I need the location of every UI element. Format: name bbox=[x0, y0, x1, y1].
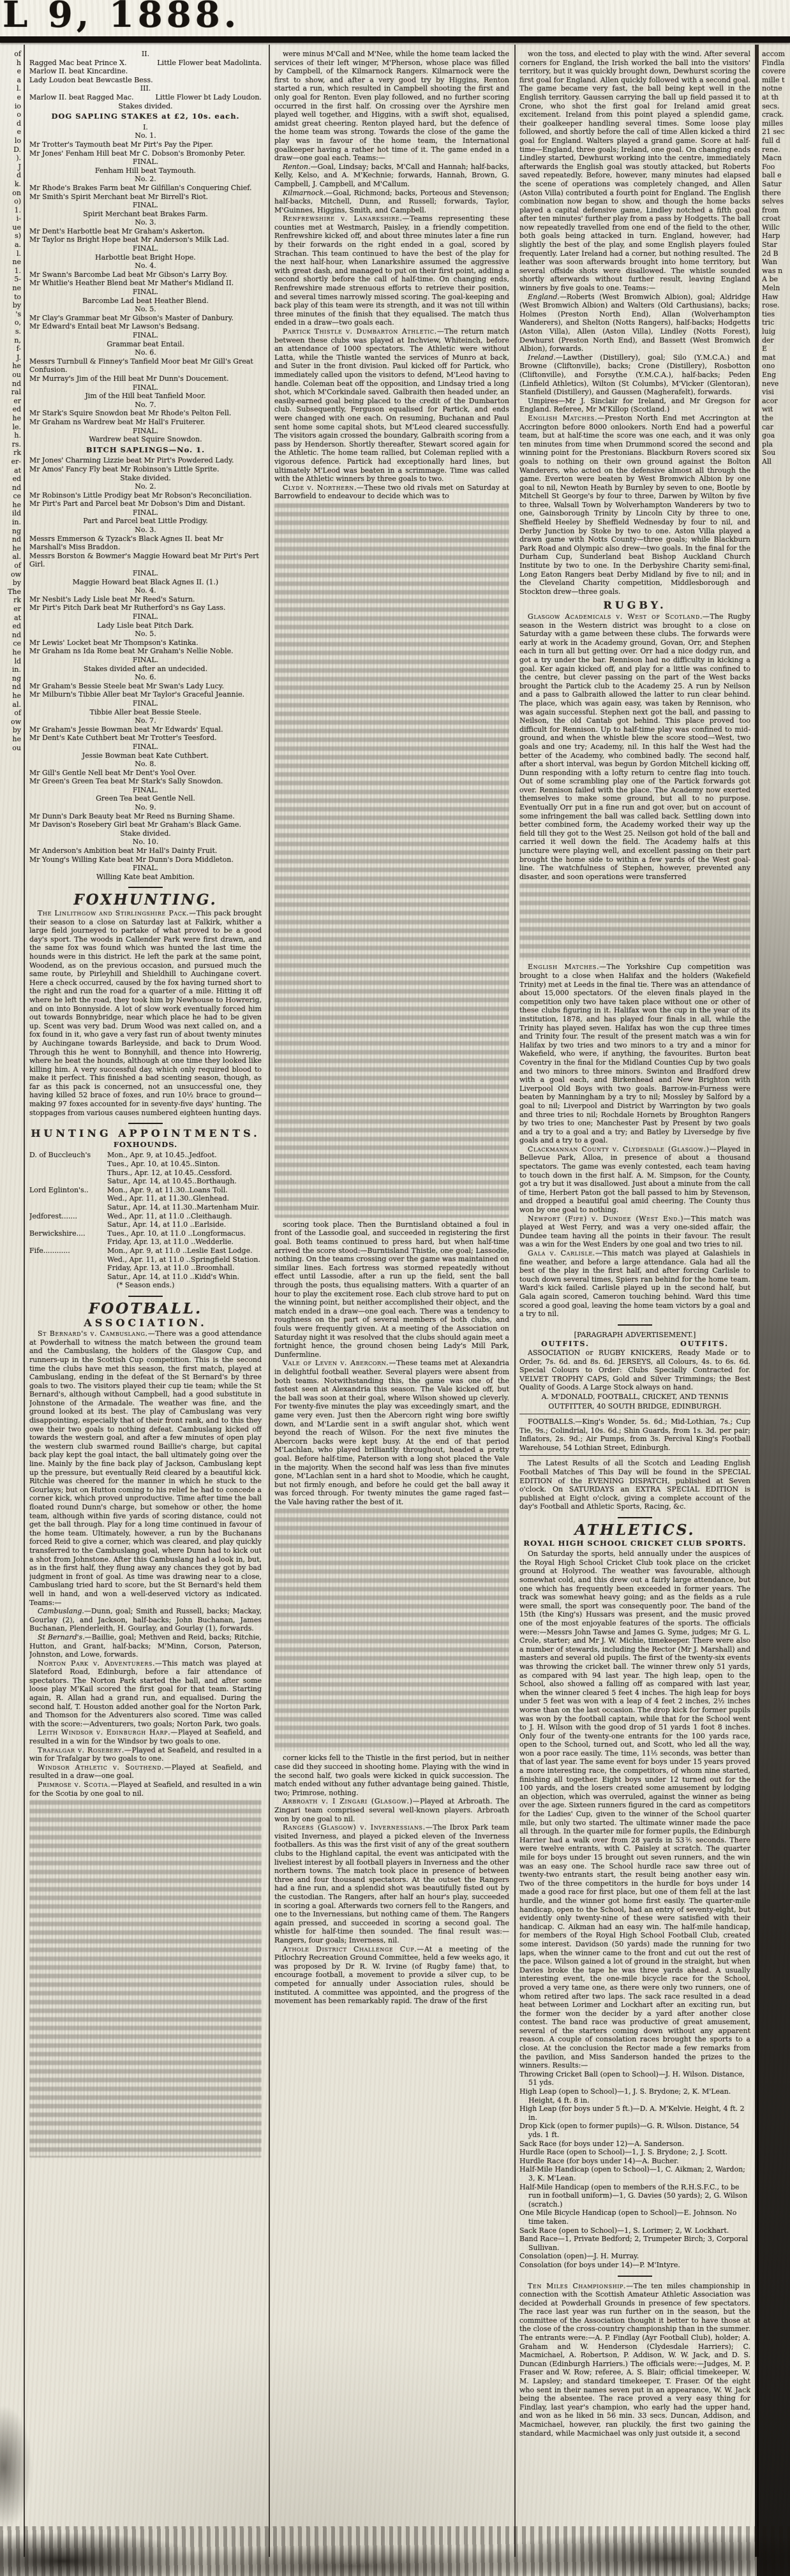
team-list: England.—Roberts (West Bromwich Albion),… bbox=[519, 293, 750, 353]
paragraph: Vale of Leven v. Abercorn.—These teams m… bbox=[274, 1359, 509, 1506]
hunt-appointment-row: Thurs., Apr. 12, at 10.45..Cessford. bbox=[29, 1169, 262, 1178]
tlead: Ireland. bbox=[528, 353, 556, 362]
cut-off-text-fragment: J. bbox=[0, 353, 21, 362]
minor-heading: BITCH SAPLINGS—No. 1. bbox=[29, 446, 262, 455]
cut-off-text-fragment: 1. bbox=[0, 267, 21, 276]
result-entry: Throwing Cricket Ball (open to School)—J… bbox=[519, 2070, 750, 2087]
cut-off-text-fragment: nd bbox=[0, 535, 21, 544]
round-label: Green Tea beat Gentle Nell. bbox=[29, 794, 262, 803]
lead: Leith Windsor v. Edinburgh Harp.— bbox=[38, 1728, 178, 1736]
result-entry: Drop Kick (open to former pupils)—G. R. … bbox=[519, 2122, 750, 2139]
cut-off-text-fragment: ou bbox=[0, 744, 21, 753]
cut-off-text-fragment: 's bbox=[0, 310, 21, 319]
hunt-appointment-row: Lord Eglinton's..Mon., Apr. 9, at 11.30.… bbox=[29, 1186, 262, 1195]
round-label: No. 7. bbox=[29, 716, 262, 725]
hname: Jedforest....... bbox=[29, 1212, 107, 1221]
paragraph: The Latest Results of all the Scotch and… bbox=[519, 1459, 750, 1511]
cut-off-text-fragment: selves bbox=[762, 197, 790, 206]
lead: Clyde v. Northern.— bbox=[283, 484, 364, 492]
hsched: Satur., Apr. 14, at 11.0 ..Kidd's Whin. bbox=[107, 1273, 262, 1282]
cut-off-text-fragment: E bbox=[762, 344, 790, 353]
cut-off-text-fragment: o) bbox=[0, 197, 21, 206]
pl: Marlow II. beat Ragged Mac. bbox=[29, 93, 134, 102]
round-label: FINAL. bbox=[29, 656, 262, 665]
cut-off-text-fragment: h bbox=[0, 59, 21, 68]
paragraph: Leith Windsor v. Edinburgh Harp.—Played … bbox=[29, 1728, 262, 1745]
cut-off-text-fragment: o, bbox=[0, 318, 21, 327]
result-line: Mr Dent's Kate Cuthbert beat Mr Trotter'… bbox=[29, 734, 262, 743]
round-label: No. 6. bbox=[29, 673, 262, 682]
subsection-heading: RUGBY. bbox=[519, 601, 750, 610]
lead: St Bernard's v. Cambuslang.— bbox=[38, 1329, 155, 1338]
pr: Little Flower bt Lady Loudon. bbox=[156, 93, 262, 102]
round-label: No. 4. bbox=[29, 586, 262, 595]
hunt-appointment-row: Wed., Apr. 11, at 11.0 ..Springfield Sta… bbox=[29, 1255, 262, 1264]
result-line: Mr Jones' Charming Lizzie beat Mr Pirt's… bbox=[29, 456, 262, 465]
cut-off-text-fragment: rk bbox=[0, 448, 21, 457]
cut-off-text-fragment: ng bbox=[0, 527, 21, 536]
result-line: Mr Anderson's Ambition beat Mr Hall's Da… bbox=[29, 847, 262, 855]
result-line: Mr Graham's Bessie Steele beat Mr Swan's… bbox=[29, 682, 262, 691]
cut-off-text-fragment: the bbox=[762, 414, 790, 423]
round-label: FINAL. bbox=[29, 331, 262, 340]
cut-off-text-fragment: J bbox=[0, 163, 21, 172]
cut-off-text-fragment: al. bbox=[0, 552, 21, 561]
hname: D. of Buccleuch's bbox=[29, 1151, 107, 1160]
cut-off-text-fragment: l. bbox=[0, 249, 21, 258]
cut-off-text-fragment: visi bbox=[762, 388, 790, 397]
cut-off-text-fragment: rk bbox=[0, 596, 21, 605]
cut-off-text-fragment: h. bbox=[0, 431, 21, 440]
paragraph: Newport (Fife) v. Dundee (West End.)—Thi… bbox=[519, 1215, 750, 1249]
illegible-text-region bbox=[274, 503, 509, 1218]
cut-off-text-fragment: in. bbox=[0, 518, 21, 527]
round-label: Jim of the Hill beat Tanfield Moor. bbox=[29, 392, 262, 401]
cut-off-text-fragment: he bbox=[0, 544, 21, 553]
hsched: Mon., Apr. 9, at 10.45..Jedfoot. bbox=[107, 1151, 262, 1160]
result-line: Mr Davison's Rosebery Girl beat Mr Graha… bbox=[29, 820, 262, 829]
paragraph: won the toss, and elected to play with t… bbox=[519, 50, 750, 293]
round-label: FINAL. bbox=[29, 158, 262, 167]
result-pair: Ragged Mac beat Prince X.Little Flower b… bbox=[29, 59, 262, 68]
result-line: Mr Graham's Jessie Bowman beat Mr Edward… bbox=[29, 725, 262, 734]
cut-off-text-fragment: rene. bbox=[762, 145, 790, 154]
cut-off-text-fragment: a bbox=[0, 76, 21, 85]
ad-rule bbox=[519, 1414, 750, 1414]
hsched: Friday, Apr. 13, at 11.0 ..Broomhall. bbox=[107, 1264, 262, 1273]
cut-off-text-fragment: Star bbox=[762, 241, 790, 249]
cut-off-text-fragment: ed bbox=[0, 622, 21, 631]
tlead: St Bernard's. bbox=[38, 1633, 85, 1641]
right-sliver-column: accomFindlacoveremille tnotneat thsecs.c… bbox=[761, 50, 790, 2576]
result-line: Mr Young's Willing Kate beat Mr Dunn's D… bbox=[29, 855, 262, 864]
cut-off-text-fragment: ties bbox=[762, 310, 790, 319]
cut-off-text-fragment: ow bbox=[0, 718, 21, 727]
lead: English Matches.— bbox=[528, 414, 605, 422]
centered-line: [PARAGRAPH ADVERTISEMENT.] bbox=[519, 1331, 750, 1340]
round-label: Tibbie Aller beat Bessie Steele. bbox=[29, 708, 262, 717]
result-line: Mr Pirt's Part and Parcel beat Mr Dobson… bbox=[29, 500, 262, 508]
cut-off-text-fragment: he bbox=[0, 692, 21, 700]
cut-off-text-fragment: on bbox=[0, 189, 21, 198]
cut-off-text-fragment: full d bbox=[762, 137, 790, 145]
result-line: Mr Dunn's Dark Beauty beat Mr Reed ns Bu… bbox=[29, 812, 262, 821]
round-label: Jessie Bowman beat Kate Cuthbert. bbox=[29, 751, 262, 760]
section-divider bbox=[618, 2276, 652, 2277]
hsched: Thurs., Apr. 12, at 10.45..Cessford. bbox=[107, 1169, 262, 1178]
cut-off-text-fragment: Satur bbox=[762, 180, 790, 189]
cut-off-text-fragment: er- bbox=[0, 457, 21, 466]
cut-off-text-fragment: i- bbox=[0, 214, 21, 223]
cut-off-text-fragment: ral bbox=[0, 388, 21, 397]
round-label: FINAL. bbox=[29, 569, 262, 578]
tlead: Renton. bbox=[283, 163, 311, 171]
cut-off-text-fragment: he bbox=[0, 501, 21, 510]
cut-off-text-fragment: n, bbox=[0, 336, 21, 345]
section-heading: FOXHUNTING. bbox=[29, 896, 262, 905]
hsched: Friday, Apr. 13, at 11.0 ..Wedderlie. bbox=[107, 1238, 262, 1247]
result-line: Lady Loudon beat Bewcastle Bess. bbox=[29, 76, 262, 85]
round-label: Grammar beat Entail. bbox=[29, 340, 262, 349]
cut-off-text-fragment: ow bbox=[0, 570, 21, 579]
round-label: I. bbox=[29, 123, 262, 132]
result-line: Mr Graham ns Ida Rome beat Mr Graham's N… bbox=[29, 647, 262, 656]
section-divider bbox=[618, 1324, 652, 1326]
cut-off-text-fragment: er bbox=[0, 397, 21, 406]
masthead-date: L 9, 1888. bbox=[3, 0, 240, 36]
cut-off-text-fragment: Willc bbox=[762, 223, 790, 232]
section-heading: FOOTBALL. bbox=[29, 1305, 262, 1314]
cut-off-text-fragment: al. bbox=[0, 700, 21, 709]
hsched: Mon., Apr. 9, at 11.0 ..Leslie East Lodg… bbox=[107, 1247, 262, 1255]
paragraph: Umpires—Mr J. Sinclair for Ireland, and … bbox=[519, 397, 750, 414]
cut-off-text-fragment: l. bbox=[0, 84, 21, 93]
paragraph: FOOTBALLS.—King's Wonder, 5s. 6d.; Mid-L… bbox=[519, 1418, 750, 1452]
hunt-appointment-row: Fife............Mon., Apr. 9, at 11.0 ..… bbox=[29, 1247, 262, 1255]
result-line: Mr Whitlie's Heather Blend beat Mr Mathe… bbox=[29, 279, 262, 288]
cut-off-text-fragment: 1. bbox=[0, 206, 21, 215]
cut-off-text-fragment: mat bbox=[762, 353, 790, 362]
ad-rule bbox=[519, 1455, 750, 1456]
team-list: Kilmarnock.—Goal, Richmond; backs, Porte… bbox=[274, 189, 509, 215]
cut-off-text-fragment: D. bbox=[0, 145, 21, 154]
cut-off-text-fragment: goa bbox=[762, 431, 790, 440]
cut-off-text-fragment: car bbox=[762, 423, 790, 432]
round-label: No. 2. bbox=[29, 482, 262, 491]
cut-off-text-fragment: Meln bbox=[762, 284, 790, 293]
result-entry: Sack Race (open to School)—1, S. Lorimer… bbox=[519, 2226, 750, 2235]
cut-off-text-fragment: accom bbox=[762, 50, 790, 59]
hname bbox=[29, 1169, 107, 1178]
hsched: Wed., Apr. 11, at 11.0 ..Cleithaugh. bbox=[107, 1212, 262, 1221]
hsched: Tues., Apr. 10, at 11.0 ..Longformacus. bbox=[107, 1229, 262, 1238]
result-line: Mr Milburn's Tibbie Aller beat Mr Taylor… bbox=[29, 690, 262, 699]
round-label: No. 1. bbox=[29, 131, 262, 140]
team-list: Ireland.—Lawther (Distillery), goal; Sil… bbox=[519, 353, 750, 397]
round-label: Harbottle beat Bright Hope. bbox=[29, 253, 262, 262]
cut-off-text-fragment: Findla bbox=[762, 59, 790, 68]
lead: Athole District Challenge Cup.— bbox=[283, 1945, 424, 1953]
cut-off-text-fragment: ld bbox=[0, 657, 21, 666]
cut-off-text-fragment: nd bbox=[0, 683, 21, 692]
result-line: Mr Gill's Gentle Nell beat Mr Dent's Yoo… bbox=[29, 769, 262, 778]
column-rule-1 bbox=[269, 45, 270, 2557]
paragraph: English Matches.—Preston North End met A… bbox=[519, 414, 750, 596]
section-divider bbox=[128, 1296, 163, 1297]
round-label: No. 7. bbox=[29, 401, 262, 410]
paragraph: Trafalgar v. Rosebery.—Played at Seafiel… bbox=[29, 1746, 262, 1763]
cut-off-text-fragment: a. bbox=[0, 241, 21, 249]
result-line: Messrs Borston & Bowmer's Maggie Howard … bbox=[29, 552, 262, 569]
round-label: Maggie Howard beat Black Agnes II. (1.) bbox=[29, 578, 262, 587]
cut-off-text-fragment: nd bbox=[0, 484, 21, 492]
cut-off-text-fragment: ce bbox=[0, 492, 21, 501]
cut-off-text-fragment: from bbox=[762, 206, 790, 215]
result-line: Mr Smith's Spirit Merchant beat Mr Birre… bbox=[29, 193, 262, 202]
cut-off-text-fragment: A be bbox=[762, 275, 790, 284]
cut-off-text-fragment: der bbox=[762, 336, 790, 345]
hname bbox=[29, 1177, 107, 1186]
result-line: Mr Lewis' Locket beat Mr Thompson's Kati… bbox=[29, 639, 262, 648]
cut-off-text-fragment: by bbox=[0, 301, 21, 310]
cut-off-text-fragment: ne bbox=[0, 258, 21, 267]
round-label: Stake divided. bbox=[29, 829, 262, 838]
pr: Little Flower beat Madolinta. bbox=[157, 59, 262, 68]
cut-off-text-fragment: ono bbox=[762, 362, 790, 371]
illegible-text-region bbox=[519, 884, 750, 960]
result-line: Mr Swann's Barcombe Lad beat Mr Gibson's… bbox=[29, 270, 262, 279]
cut-off-text-fragment: 2d B bbox=[762, 249, 790, 258]
cut-off-text-fragment: nd bbox=[0, 380, 21, 389]
cut-off-text-fragment: ball e bbox=[762, 171, 790, 180]
cut-off-text-fragment: f- bbox=[0, 344, 21, 353]
result-entry: Consolation (for boys under 14)—P. M'Int… bbox=[519, 2261, 750, 2270]
cut-off-text-fragment: at bbox=[0, 614, 21, 623]
cut-off-text-fragment: of bbox=[0, 709, 21, 718]
round-label: FINAL. bbox=[29, 699, 262, 708]
hname: Fife............ bbox=[29, 1247, 107, 1255]
section-divider bbox=[618, 1517, 652, 1518]
cut-off-text-fragment: er bbox=[0, 605, 21, 614]
cut-off-text-fragment: by bbox=[0, 726, 21, 735]
paragraph: Rangers (Glasgow) v. Invernessians.—The … bbox=[274, 1823, 509, 1944]
cut-off-text-fragment: tric bbox=[762, 318, 790, 327]
tlead: Cambuslang. bbox=[38, 1607, 84, 1615]
paragraph: Clackmannan County v. Clydesdale (Glasgo… bbox=[519, 1145, 750, 1215]
cut-off-text-fragment: d bbox=[0, 171, 21, 180]
result-line: Mr Jones' Fenham Hill beat Mr C. Dobson'… bbox=[29, 149, 262, 158]
lead: Primrose v. Scotia.— bbox=[38, 1780, 118, 1789]
minor-heading: ROYAL HIGH SCHOOL CRICKET CLUB SPORTS. bbox=[519, 1539, 750, 1548]
round-label: Barcombe Lad beat Heather Blend. bbox=[29, 297, 262, 306]
paragraph: Arbroath v. I Zingari (Glasgow.)—Played … bbox=[274, 1797, 509, 1823]
adl: OUTFITS. bbox=[541, 1340, 590, 1349]
result-line: Messrs Turnbull & Finney's Tanfield Moor… bbox=[29, 357, 262, 374]
round-label: No. 2. bbox=[29, 175, 262, 184]
result-entry: High Leap (open to School)—1, J. S. Bryd… bbox=[519, 2087, 750, 2105]
paragraph: Athole District Challenge Cup.—At a meet… bbox=[274, 1945, 509, 2006]
masthead: L 9, 1888. bbox=[0, 0, 790, 37]
cut-off-text-fragment: by bbox=[0, 579, 21, 588]
left-sliver-column: ofheal.eioodeloD.).Jdk.ono)1.i-ues)a.l.n… bbox=[0, 50, 23, 2576]
adr: OUTFITS. bbox=[680, 1340, 729, 1349]
hname bbox=[29, 1160, 107, 1169]
round-label: (* Season ends.) bbox=[29, 1281, 262, 1290]
cut-off-text-fragment: wit bbox=[762, 405, 790, 414]
cut-off-text-fragment: at bbox=[0, 466, 21, 475]
cut-off-text-fragment: Foo bbox=[762, 163, 790, 172]
cut-off-text-fragment: nd bbox=[0, 631, 21, 640]
cut-off-text-fragment: The bbox=[0, 588, 21, 596]
cut-off-text-fragment: he bbox=[0, 414, 21, 423]
cut-off-text-fragment: of bbox=[0, 50, 21, 59]
result-line: Mr Amos' Fancy Fly beat Mr Robinson's Li… bbox=[29, 465, 262, 474]
lead: The Linlithgow and Stirlingshire Pack.— bbox=[38, 909, 197, 917]
hname bbox=[29, 1264, 107, 1273]
cut-off-text-fragment: was n bbox=[762, 267, 790, 276]
result-line: Mr Rhode's Brakes Farm beat Mr Gilfillan… bbox=[29, 184, 262, 193]
round-label: FINAL. bbox=[29, 743, 262, 751]
paragraph: Clyde v. Northern.—These two old rivals … bbox=[274, 484, 509, 501]
round-label: FINAL. bbox=[29, 612, 262, 621]
paragraph: Windsor Athletic v. Southend.—Played at … bbox=[29, 1763, 262, 1780]
round-label: Stakes divided after an undecided. bbox=[29, 665, 262, 674]
result-entry: Consolation (open)—J. H. Murray. bbox=[519, 2252, 750, 2261]
team-list: Cambuslang.—Dunn, goal; Smith and Russel… bbox=[29, 1607, 262, 1633]
hunt-appointment-row: Friday, Apr. 13, at 11.0 ..Broomhall. bbox=[29, 1264, 262, 1273]
hsched: Satur., Apr. 14, at 11.0 ..Earlside. bbox=[107, 1220, 262, 1229]
masthead-rule bbox=[0, 36, 790, 43]
cut-off-text-fragment: 21 sec bbox=[762, 128, 790, 137]
result-line: Mr Dent's Harbottle beat Mr Graham's Ask… bbox=[29, 227, 262, 236]
cut-off-text-fragment: he bbox=[0, 735, 21, 744]
cut-off-text-fragment: e bbox=[0, 128, 21, 137]
hsched: Wed., Apr. 11, at 11.30..Glenhead. bbox=[107, 1194, 262, 1203]
paragraph: The Linlithgow and Stirlingshire Pack.—T… bbox=[29, 909, 262, 1117]
round-label: No. 9. bbox=[29, 803, 262, 812]
hunt-appointment-row: Satur., Apr. 14, at 11.0 ..Earlside. bbox=[29, 1220, 262, 1229]
result-line: Mr Stark's Squire Snowdon beat Mr Rhode'… bbox=[29, 409, 262, 418]
paragraph: Primrose v. Scotia.—Played at Seafield, … bbox=[29, 1780, 262, 1798]
result-entry: Band Race—1, Private Bedford; 2, Trumpet… bbox=[519, 2235, 750, 2252]
cut-off-text-fragment: Wan bbox=[762, 258, 790, 267]
hname: Lord Eglinton's.. bbox=[29, 1186, 107, 1195]
round-label: Part and Parcel beat Little Prodigy. bbox=[29, 517, 262, 526]
subsection-heading: ASSOCIATION. bbox=[29, 1319, 262, 1328]
round-label: No. 3. bbox=[29, 526, 262, 535]
round-label: Willing Kate beat Ambition. bbox=[29, 873, 262, 882]
cut-off-text-fragment: crack. bbox=[762, 110, 790, 119]
lead: Clackmannan County v. Clydesdale (Glasgo… bbox=[528, 1145, 717, 1153]
section-divider bbox=[128, 1123, 163, 1124]
cut-off-text-fragment: le. bbox=[0, 423, 21, 432]
centered-line: A. M'DONALD, FOOTBALL, CRICKET, AND TENN… bbox=[519, 1393, 750, 1402]
cut-off-text-fragment: he bbox=[0, 648, 21, 657]
lead: Arbroath v. I Zingari (Glasgow.)— bbox=[283, 1797, 420, 1805]
result-entry: Hurdle Race (for boys under 14)—A. Buche… bbox=[519, 2157, 750, 2166]
hunt-appointment-row: D. of Buccleuch'sMon., Apr. 9, at 10.45.… bbox=[29, 1151, 262, 1160]
round-label: Spirit Merchant beat Brakes Farm. bbox=[29, 210, 262, 219]
paragraph: On Saturday the sports, held annually un… bbox=[519, 1550, 750, 2070]
result-line: Mr Taylor ns Bright Hope beat Mr Anderso… bbox=[29, 235, 262, 244]
round-label: FINAL. bbox=[29, 864, 262, 873]
cut-off-text-fragment: Macn bbox=[762, 154, 790, 163]
paragraph: Norton Park v. Adventurers.—This match w… bbox=[29, 1659, 262, 1729]
paragraph: were minus M'Call and M'Nee, while the h… bbox=[274, 50, 509, 163]
round-label: Stake divided. bbox=[29, 474, 262, 483]
column-1: II.Ragged Mac beat Prince X.Little Flowe… bbox=[29, 50, 262, 2563]
hsched: Tues., Apr. 10, at 10.45..Sinton. bbox=[107, 1160, 262, 1169]
subsection-heading: HUNTING APPOINTMENTS. bbox=[29, 1129, 262, 1138]
round-label: No. 8. bbox=[29, 760, 262, 769]
cut-off-text-fragment: ). bbox=[0, 154, 21, 163]
paragraph: English Matches.—The Yorkshire Cup compe… bbox=[519, 963, 750, 1144]
lead: English Matches.— bbox=[528, 963, 607, 971]
lead: Vale of Leven v. Abercorn.— bbox=[283, 1359, 396, 1367]
hsched: Wed., Apr. 11, at 11.0 ..Springfield Sta… bbox=[107, 1255, 262, 1264]
hunt-appointment-row: Berwickshire....Tues., Apr. 10, at 11.0 … bbox=[29, 1229, 262, 1238]
cut-off-text-fragment: e bbox=[0, 93, 21, 102]
paragraph: Ten Miles Championship.—The ten miles ch… bbox=[519, 2282, 750, 2438]
hname bbox=[29, 1194, 107, 1203]
round-label: No. 5. bbox=[29, 630, 262, 639]
paragraph: Gala v. Carlisle.—This match was played … bbox=[519, 1249, 750, 1319]
result-line: Mr Clay's Grammar beat Mr Gibson's Maste… bbox=[29, 314, 262, 323]
round-label: Lady Lisle beat Pitch Dark. bbox=[29, 621, 262, 630]
lead: Newport (Fife) v. Dundee (West End.)— bbox=[528, 1215, 691, 1223]
result-line: Mr Green's Green Tea beat Mr Stark's Sal… bbox=[29, 777, 262, 786]
cut-off-text-fragment: ue bbox=[0, 223, 21, 232]
hunt-appointment-row: Tues., Apr. 10, at 10.45..Sinton. bbox=[29, 1160, 262, 1169]
cut-off-text-fragment: to bbox=[0, 293, 21, 302]
cut-off-text-fragment: rose. bbox=[762, 301, 790, 310]
newspaper-page: L 9, 1888. ofheal.eioodeloD.).Jdk.ono)1.… bbox=[0, 0, 790, 2576]
result-line: Mr Pirt's Pitch Dark beat Mr Rutherford'… bbox=[29, 603, 262, 612]
section-heading: ATHLETICS. bbox=[519, 1526, 750, 1535]
cut-off-text-fragment: pla bbox=[762, 440, 790, 449]
result-line: Mr Nesbit's Lady Lisle beat Mr Reed's Sa… bbox=[29, 595, 262, 604]
cut-off-text-fragment: o bbox=[0, 110, 21, 119]
cut-off-text-fragment: of bbox=[0, 561, 21, 570]
minor-heading: FOXHOUNDS. bbox=[29, 1141, 262, 1150]
cut-off-text-fragment: he bbox=[0, 362, 21, 371]
pl: Ragged Mac beat Prince X. bbox=[29, 59, 127, 68]
tlead: Kilmarnock. bbox=[283, 189, 326, 197]
round-label: FINAL. bbox=[29, 786, 262, 795]
cut-off-text-fragment: ne bbox=[0, 284, 21, 293]
round-label: No. 3. bbox=[29, 218, 262, 227]
illegible-text-region bbox=[29, 1800, 262, 2158]
cut-off-text-fragment: covere bbox=[762, 67, 790, 76]
lead: Gala v. Carlisle.— bbox=[528, 1249, 603, 1257]
round-label: FINAL. bbox=[29, 427, 262, 436]
cut-off-text-fragment: Sou bbox=[762, 448, 790, 457]
cut-off-text-fragment: croat bbox=[762, 214, 790, 223]
round-label: Stakes divided. bbox=[29, 102, 262, 111]
cut-off-text-fragment: ce bbox=[0, 639, 21, 648]
hunt-appointment-row: Satur., Apr. 14, at 11.0 ..Kidd's Whin. bbox=[29, 1273, 262, 1282]
column-rule-2 bbox=[514, 45, 516, 2557]
lead: Partick Thistle v. Dumbarton Athletic.— bbox=[283, 327, 444, 336]
column-rule-left bbox=[24, 45, 25, 2557]
round-label: FINAL. bbox=[29, 383, 262, 392]
lead: Windsor Athletic v. Southend.— bbox=[38, 1763, 172, 1772]
cut-off-text-fragment: k. bbox=[0, 180, 21, 189]
lead: Ten Miles Championship.— bbox=[528, 2282, 634, 2290]
round-label: No. 4. bbox=[29, 262, 262, 270]
result-line: Mr Graham ns Wardrew beat Mr Hall's Frui… bbox=[29, 418, 262, 427]
ad-header: OUTFITS.OUTFITS. bbox=[519, 1340, 750, 1349]
